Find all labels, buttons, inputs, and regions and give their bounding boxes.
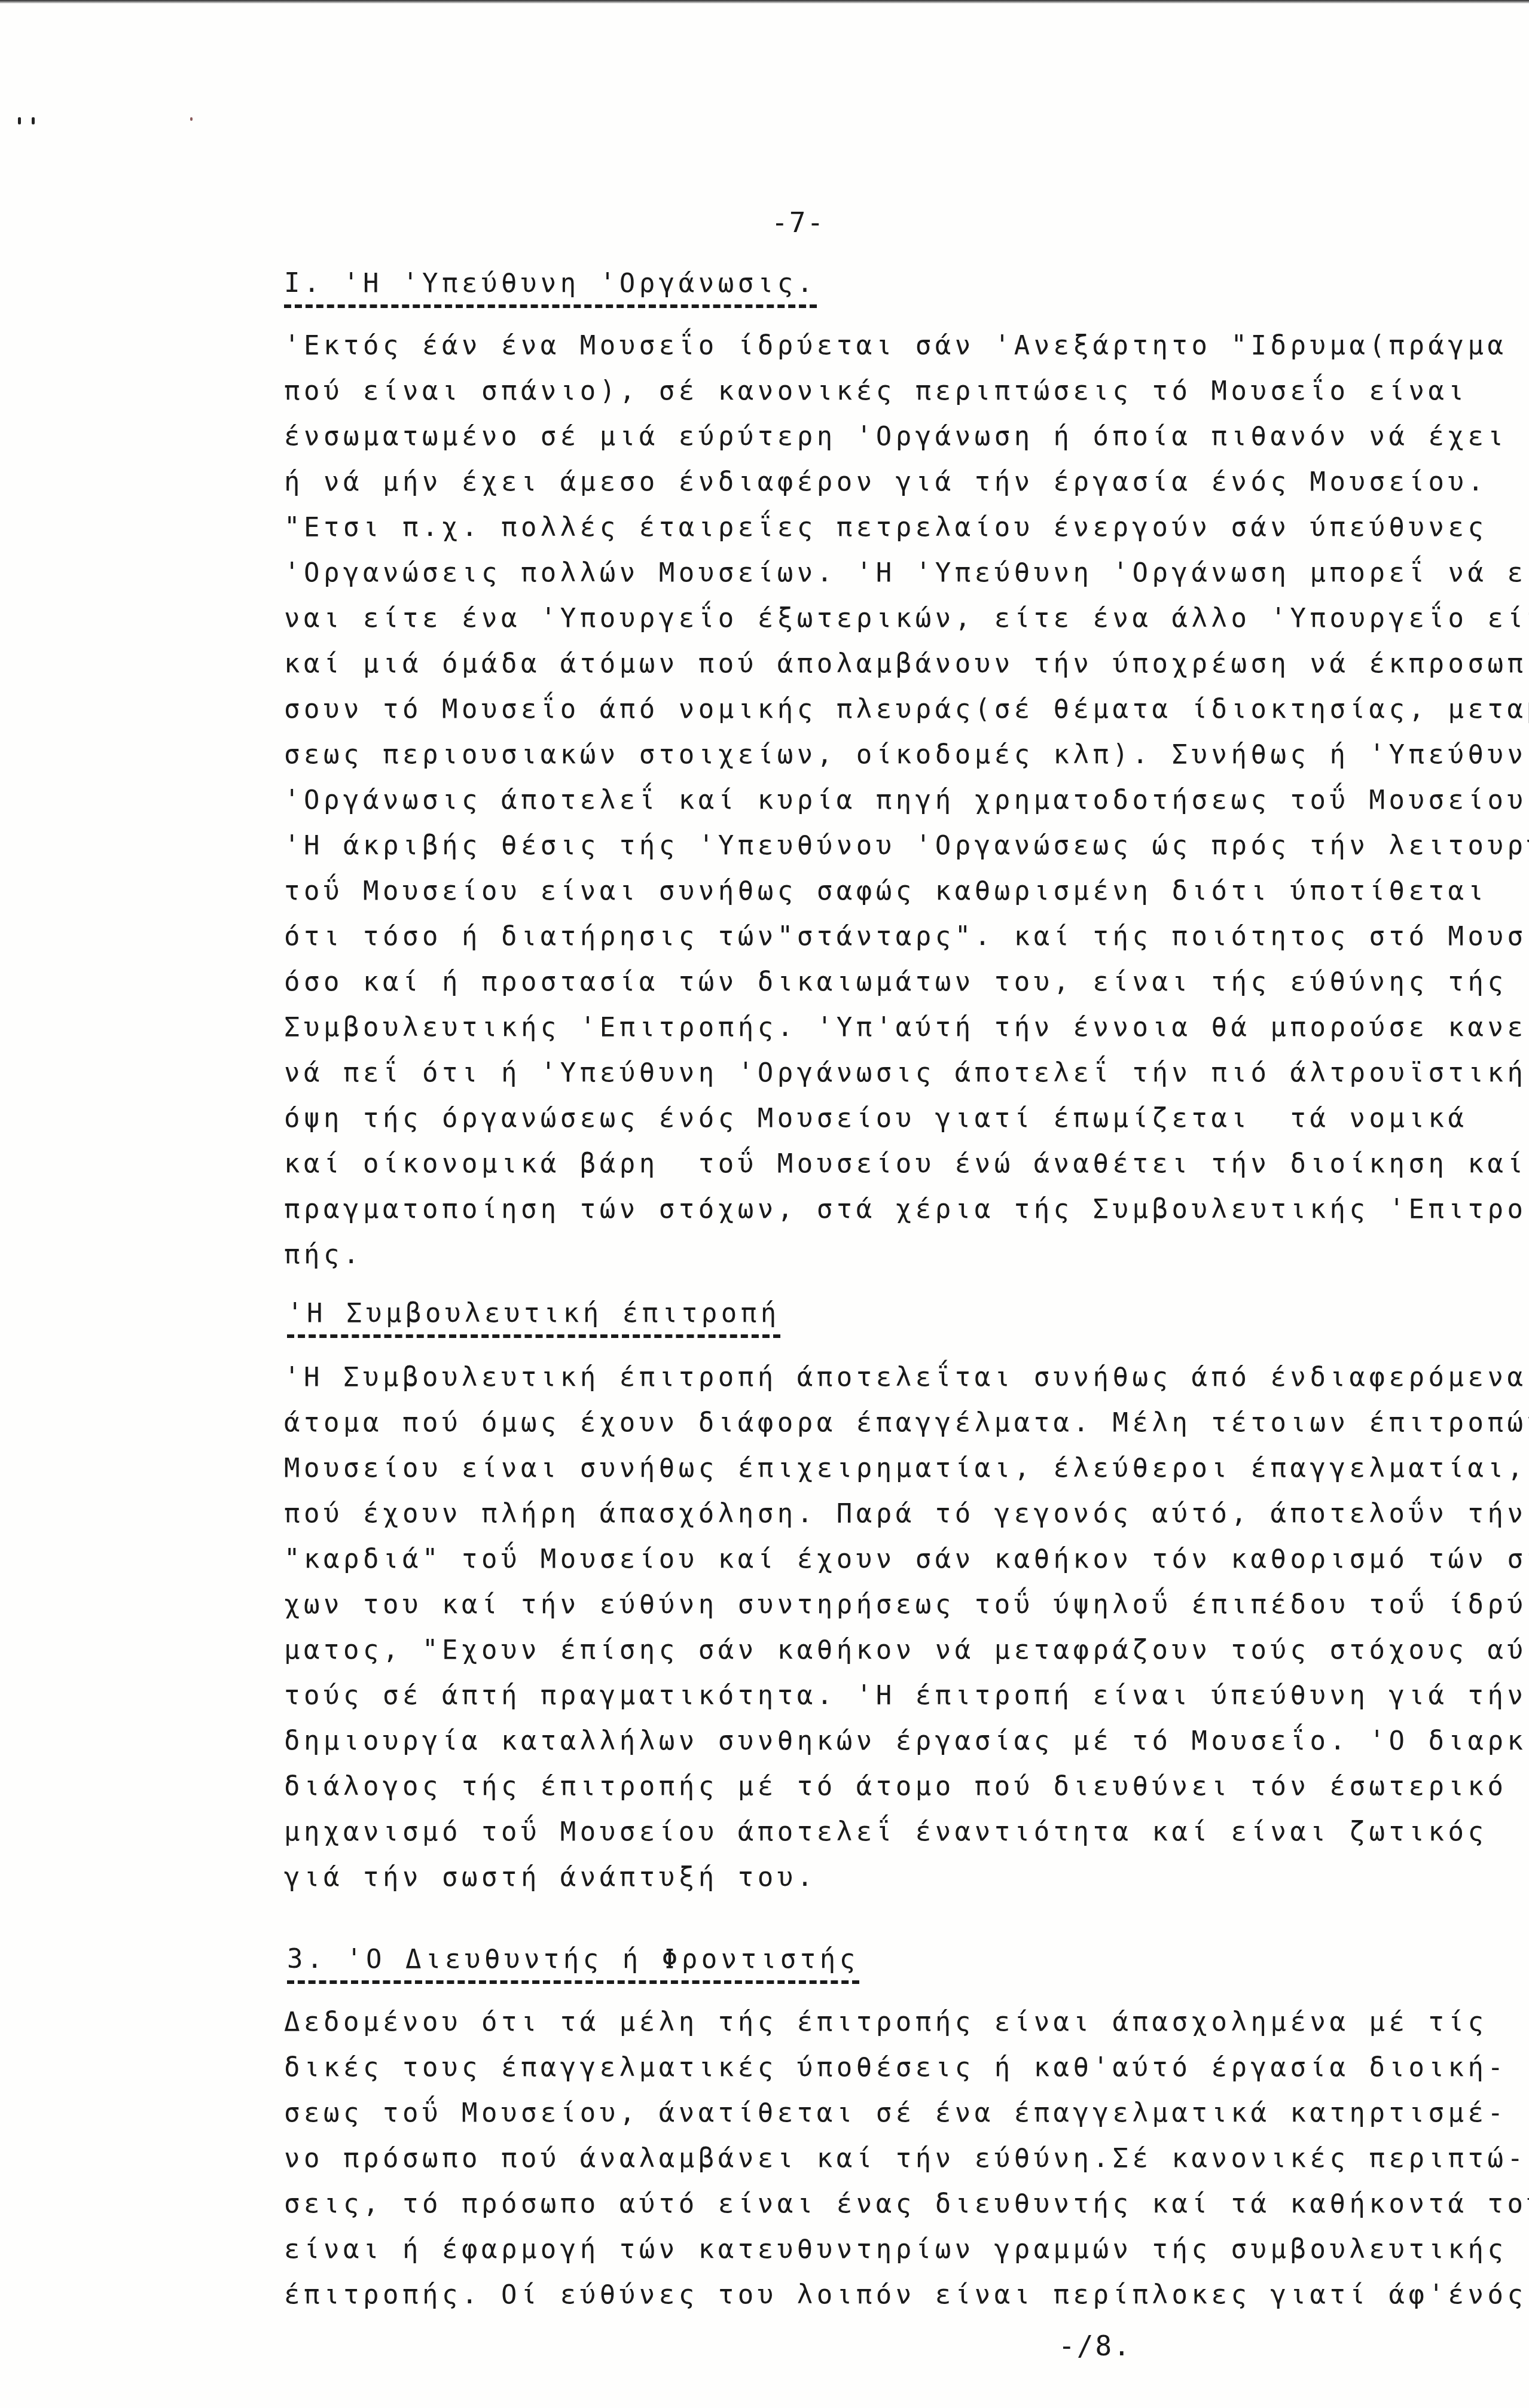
document-page: -7- I. 'Η 'Υπεύθυνη 'Οργάνωσις. 'Εκτός έ…: [0, 0, 1529, 2408]
text-line: "καρδιά" τοΰ Μουσείου καί έχουν σάν καθή…: [284, 1537, 1492, 1582]
section-heading-director: 3. 'Ο Διευθυντής ή Φροντιστής: [287, 1944, 859, 1984]
text-line: 'Η Συμβουλευτική έπιτροπή άποτελεΐται συ…: [284, 1355, 1492, 1400]
text-line: τούς σέ άπτή πραγματικότητα. 'Η έπιτροπή…: [284, 1673, 1492, 1718]
text-line: ναι είτε ένα 'Υπουργεΐο έξωτερικών, είτε…: [284, 596, 1492, 641]
text-line: δημιουργία καταλλήλων συνθηκών έργασίας …: [284, 1718, 1492, 1764]
text-line: γιά τήν σωστή άνάπτυξή του.: [284, 1855, 1492, 1900]
section-heading-responsible-organization: I. 'Η 'Υπεύθυνη 'Οργάνωσις.: [284, 268, 817, 308]
text-line: "Ετσι π.χ. πολλές έταιρεΐες πετρελαίου έ…: [284, 505, 1492, 550]
text-line: Μουσείου είναι συνήθως έπιχειρηματίαι, έ…: [284, 1446, 1492, 1491]
text-line: Δεδομένου ότι τά μέλη τής έπιτροπής είνα…: [284, 1999, 1492, 2045]
section-body-responsible-organization: 'Εκτός έάν ένα Μουσεΐο ίδρύεται σάν 'Ανε…: [284, 323, 1492, 1278]
text-line: νά πεΐ ότι ή 'Υπεύθυνη 'Οργάνωσις άποτελ…: [284, 1050, 1492, 1096]
text-line: πραγματοποίηση τών στόχων, στά χέρια τής…: [284, 1187, 1492, 1232]
text-line: όσο καί ή προστασία τών δικαιωμάτων του,…: [284, 959, 1492, 1005]
text-line: καί μιά όμάδα άτόμων πού άπολαμβάνουν τή…: [284, 641, 1492, 687]
text-line: ένσωματωμένο σέ μιά εύρύτερη 'Οργάνωση ή…: [284, 414, 1492, 459]
text-line: σουν τό Μουσεΐο άπό νομικής πλευράς(σέ θ…: [284, 687, 1492, 732]
text-line: διάλογος τής έπιτροπής μέ τό άτομο πού δ…: [284, 1764, 1492, 1809]
section-heading-advisory-committee: 'Η Συμβουλευτική έπιτροπή: [287, 1298, 780, 1338]
section-body-advisory-committee: 'Η Συμβουλευτική έπιτροπή άποτελεΐται συ…: [284, 1355, 1492, 1900]
text-line: σεως περιουσιακών στοιχείων, οίκοδομές κ…: [284, 732, 1492, 778]
text-line: δικές τους έπαγγελματικές ύποθέσεις ή κα…: [284, 2045, 1492, 2090]
text-line: άτομα πού όμως έχουν διάφορα έπαγγέλματα…: [284, 1400, 1492, 1446]
page-number-top: -7-: [771, 206, 825, 239]
text-line: καί οίκονομικά βάρη τοΰ Μουσείου ένώ άνα…: [284, 1141, 1492, 1187]
text-line: 'Οργανώσεις πολλών Μουσείων. 'Η 'Υπεύθυν…: [284, 550, 1492, 596]
text-line: τοΰ Μουσείου είναι συνήθως σαφώς καθωρισ…: [284, 868, 1492, 914]
text-line: νο πρόσωπο πού άναλαμβάνει καί τήν εύθύν…: [284, 2136, 1492, 2181]
text-line: Συμβουλευτικής 'Επιτροπής. 'Υπ'αύτή τήν …: [284, 1005, 1492, 1050]
text-line: σεως τοΰ Μουσείου, άνατίθεται σέ ένα έπα…: [284, 2090, 1492, 2136]
section-body-director: Δεδομένου ότι τά μέλη τής έπιτροπής είνα…: [284, 1999, 1492, 2318]
text-line: μηχανισμό τοΰ Μουσείου άποτελεΐ έναντιότ…: [284, 1809, 1492, 1855]
text-line: ματος, "Εχουν έπίσης σάν καθήκον νά μετα…: [284, 1627, 1492, 1673]
text-line: ότι τόσο ή διατήρησις τών"στάνταρς". καί…: [284, 914, 1492, 959]
text-line: χων του καί τήν εύθύνη συντηρήσεως τοΰ ύ…: [284, 1582, 1492, 1627]
text-line: έπιτροπής. Οί εύθύνες του λοιπόν είναι π…: [284, 2272, 1492, 2318]
text-line: σεις, τό πρόσωπο αύτό είναι ένας διευθυν…: [284, 2181, 1492, 2227]
page-number-bottom: -/8.: [1058, 2330, 1132, 2362]
text-line: ή νά μήν έχει άμεσο ένδιαφέρον γιά τήν έ…: [284, 459, 1492, 505]
text-line: πού είναι σπάνιο), σέ κανονικές περιπτώσ…: [284, 368, 1492, 414]
text-line: 'Οργάνωσις άποτελεΐ καί κυρία πηγή χρημα…: [284, 778, 1492, 823]
text-line: 'Η άκριβής θέσις τής 'Υπευθύνου 'Οργανώσ…: [284, 823, 1492, 868]
text-line: πής.: [284, 1232, 1492, 1278]
text-line: όψη τής όργανώσεως ένός Μουσείου γιατί έ…: [284, 1096, 1492, 1141]
text-line: είναι ή έφαρμογή τών κατευθυντηρίων γραμ…: [284, 2227, 1492, 2272]
text-line: πού έχουν πλήρη άπασχόληση. Παρά τό γεγο…: [284, 1491, 1492, 1537]
text-line: 'Εκτός έάν ένα Μουσεΐο ίδρύεται σάν 'Ανε…: [284, 323, 1492, 368]
